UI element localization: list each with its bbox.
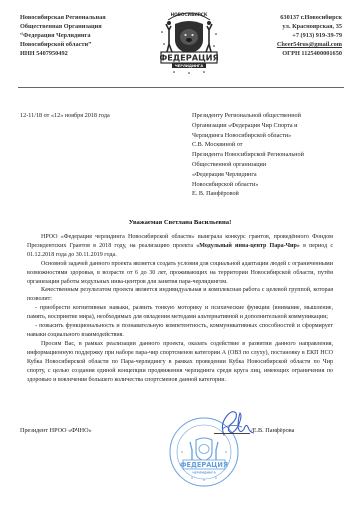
signature-line (214, 433, 250, 434)
addressee-line: Президенту Региональной общественной (192, 111, 304, 121)
addressee-line: Организации «Федерация Чир Спорта и (192, 121, 304, 131)
logo-main-text: ФЕДЕРАЦИЯ (160, 53, 218, 63)
addressee-line: «Федерация Черлидинга (192, 170, 304, 180)
org-line: Новосибирской области” (20, 40, 106, 49)
org-line: “Федерация Черлидинга (20, 31, 106, 40)
paragraph-result: Качественным результатом проекта являетс… (27, 286, 333, 304)
addressee-line: Е. В. Панфёровой (192, 189, 304, 199)
stamp-main-text: ФЕДЕРАЦИЯ (180, 461, 228, 469)
greeting: Уважаемая Светлана Васильевна! (0, 219, 360, 226)
paragraph-grant: НРОО «Федерация черлидинга Новосибирской… (27, 233, 333, 260)
email-link[interactable]: Cheer54rus@gmail.com (277, 40, 342, 49)
addressee-line: Президента Новосибирской Региональной (192, 150, 304, 160)
address-line-2: ул. Красноярская, 35 (277, 22, 342, 31)
project-name: «Модульный инва-центр Пара-Чир» (196, 243, 300, 249)
header-divider (18, 87, 344, 88)
handwritten-signature-icon (218, 405, 254, 443)
addressee-line: Черлидинга Новосибирской области» (192, 131, 304, 141)
org-line: Новосибирская Региональная (20, 13, 106, 22)
org-line: Общественная Организация (20, 22, 106, 31)
list-item: - приобрести когнитивные навыки, развить… (27, 304, 333, 322)
logo-sub-text: ЧЕРЛИДИНГА (175, 64, 203, 68)
org-inn: ИНН 5407950492 (20, 49, 106, 58)
org-info: Новосибирская Региональная Общественная … (20, 13, 106, 58)
signatory-position: Президент НРОО «ФЧНО» (20, 427, 92, 434)
logo-top-text: НОВОСИБИРСК (171, 12, 208, 17)
ogrn-number: ОГРН 1125400001650 (277, 49, 342, 58)
address-line-1: 630137 г.Новосибирск (277, 13, 342, 22)
signatory-name: /Е.В. Панфёрова (251, 427, 294, 434)
addressee-line: Общественной организации (192, 160, 304, 170)
addressee-block: Президенту Региональной общественной Орг… (192, 111, 304, 199)
paragraph-request: Просим Вас, в рамках реализации данного … (27, 340, 333, 385)
addressee-line: С.В. Москвиной от (192, 140, 304, 150)
paragraph-goal: Основной задачей данного проекта являетс… (27, 260, 333, 287)
reference-number-date: 12-11/18 от «12» ноября 2018 года (20, 112, 110, 119)
addressee-line: Новосибирской области» (192, 180, 304, 190)
federation-logo-icon: НОВОСИБИРСК ФЕДЕРАЦИЯ ЧЕРЛИДИНГА (160, 4, 218, 74)
list-item: - повысить функциональность и познавател… (27, 322, 333, 340)
letter-body: НРОО «Федерация черлидинга Новосибирской… (27, 233, 333, 384)
stamp-sub-text: ЧЕРЛИДИНГА (192, 471, 216, 475)
contact-info: 630137 г.Новосибирск ул. Красноярская, 3… (277, 13, 342, 58)
phone-number: +7 (913) 919-39-79 (277, 31, 342, 40)
